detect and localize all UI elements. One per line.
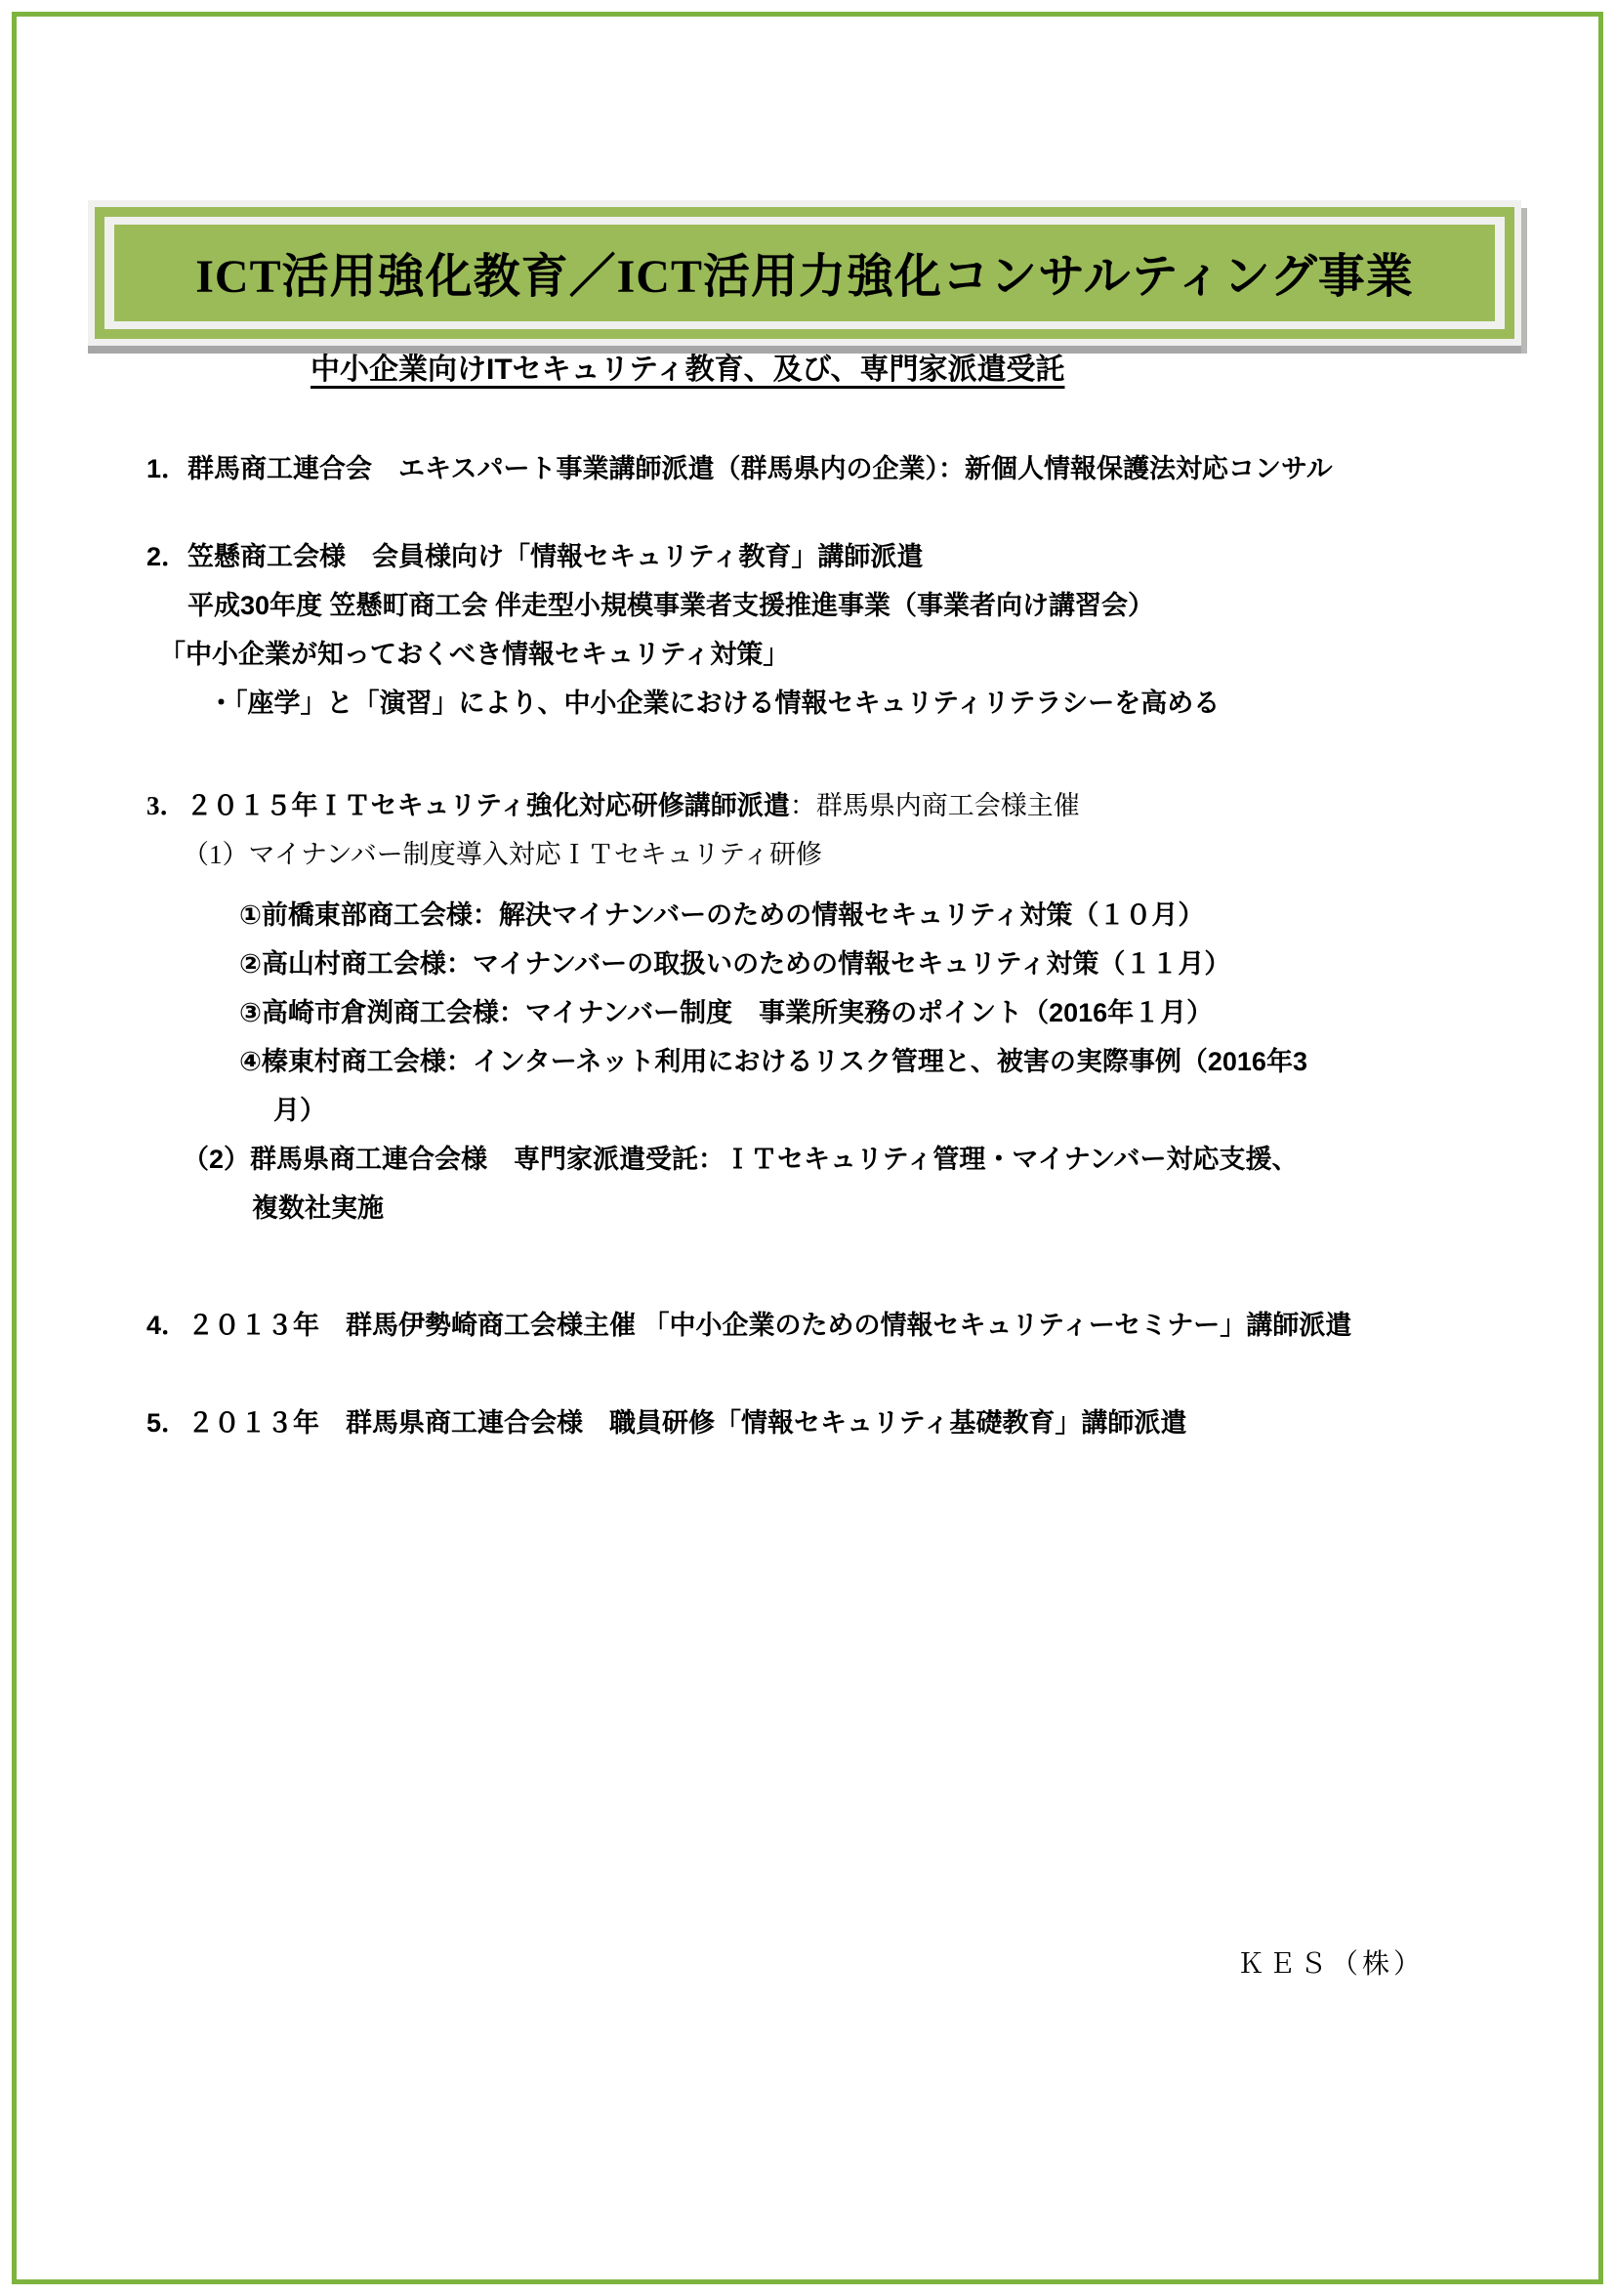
- list-item-2: 2．笠懸商工会様 会員様向け「情報セキュリティ教育」講師派遣 平成30年度 笠懸…: [0, 532, 1615, 728]
- list-item-3-sub-1: （1）マイナンバー制度導入対応ＩＴセキュリティ研修: [0, 830, 1615, 879]
- list-item-3: 3．２０１５年ＩＴセキュリティ強化対応研修講師派遣：群馬県内商工会様主催 （1）…: [0, 781, 1615, 1232]
- list-item-3-circle-4: ④榛東村商工会様：インターネット利用におけるリスク管理と、被害の実際事例（201…: [0, 1037, 1615, 1086]
- list-item-1-text: 群馬商工連合会 エキスパート事業講師派遣（群馬県内の企業）：新個人情報保護法対応…: [187, 454, 1333, 483]
- list-item-3-circle-3: ③高崎市倉渕商工会様：マイナンバー制度 事業所実務のポイント（2016年１月）: [0, 988, 1615, 1037]
- list-item-2-line-3: 「中小企業が知っておくべき情報セキュリティ対策」: [0, 630, 1615, 679]
- list-item-3-circle-2: ②高山村商工会様：マイナンバーの取扱いのための情報セキュリティ対策（１１月）: [0, 939, 1615, 988]
- list-item-3-number: 3．: [146, 791, 186, 820]
- list-item-1: 1．群馬商工連合会 エキスパート事業講師派遣（群馬県内の企業）：新個人情報保護法…: [0, 444, 1615, 493]
- company-name: ＫＥＳ（株）: [1237, 1949, 1425, 1980]
- list-item-3-circle-1: ①前橋東部商工会様：解決マイナンバーのための情報セキュリティ対策（１０月）: [0, 891, 1615, 939]
- list-item-3-heading: 3．２０１５年ＩＴセキュリティ強化対応研修講師派遣：群馬県内商工会様主催: [0, 781, 1615, 830]
- list-item-4-text: ２０１３年 群馬伊勢崎商工会様主催 「中小企業のための情報セキュリティーセミナー…: [187, 1311, 1351, 1340]
- page-title: ICT活用強化教育／ICT活用力強化コンサルティング事業: [195, 251, 1414, 303]
- subtitle-row: 中小企業向けITセキュリティ教育、及び、専門家派遣受託: [0, 349, 1615, 397]
- title-banner-ridge: ICT活用強化教育／ICT活用力強化コンサルティング事業: [95, 207, 1514, 339]
- list-item-5-number: 5．: [146, 1408, 187, 1438]
- footer-row: ＫＥＳ（株）: [0, 1941, 1615, 1989]
- document-body: 中小企業向けITセキュリティ教育、及び、専門家派遣受託 1．群馬商工連合会 エキ…: [0, 349, 1615, 1989]
- list-item-2-number: 2．: [146, 542, 187, 571]
- document-page: ICT活用強化教育／ICT活用力強化コンサルティング事業 中小企業向けITセキュ…: [0, 0, 1615, 2296]
- title-banner-fill: ICT活用強化教育／ICT活用力強化コンサルティング事業: [114, 225, 1495, 321]
- list-item-5-text: ２０１３年 群馬県商工連合会様 職員研修「情報セキュリティ基礎教育」講師派遣: [187, 1408, 1186, 1438]
- list-item-3-heading-lead: ２０１５年ＩＴセキュリティ強化対応研修講師派遣: [186, 791, 790, 820]
- list-item-1-number: 1．: [146, 454, 187, 483]
- list-item-2-bullet: ・「座学」と「演習」により、中小企業における情報セキュリティリテラシーを高める: [0, 679, 1615, 728]
- list-item-2-line-1: 2．笠懸商工会様 会員様向け「情報セキュリティ教育」講師派遣: [0, 532, 1615, 581]
- title-banner: ICT活用強化教育／ICT活用力強化コンサルティング事業: [88, 200, 1521, 346]
- list-item-4: 4．２０１３年 群馬伊勢崎商工会様主催 「中小企業のための情報セキュリティーセミ…: [0, 1301, 1615, 1350]
- list-item-5: 5．２０１３年 群馬県商工連合会様 職員研修「情報セキュリティ基礎教育」講師派遣: [0, 1398, 1615, 1447]
- list-item-3-circle-4-wrap: 月）: [0, 1086, 1615, 1135]
- list-item-2-line-2: 平成30年度 笠懸町商工会 伴走型小規模事業者支援推進事業（事業者向け講習会）: [0, 581, 1615, 630]
- list-item-3-heading-rest: ：群馬県内商工会様主催: [790, 791, 1080, 820]
- list-item-4-number: 4．: [146, 1311, 187, 1340]
- list-item-3-sub-2-wrap: 複数社実施: [0, 1184, 1615, 1232]
- list-item-3-sub-2: （2）群馬県商工連合会様 専門家派遣受託：ＩＴセキュリティ管理・マイナンバー対応…: [0, 1135, 1615, 1184]
- document-subtitle: 中小企業向けITセキュリティ教育、及び、専門家派遣受託: [311, 354, 1064, 386]
- list-item-2-text: 笠懸商工会様 会員様向け「情報セキュリティ教育」講師派遣: [187, 542, 923, 571]
